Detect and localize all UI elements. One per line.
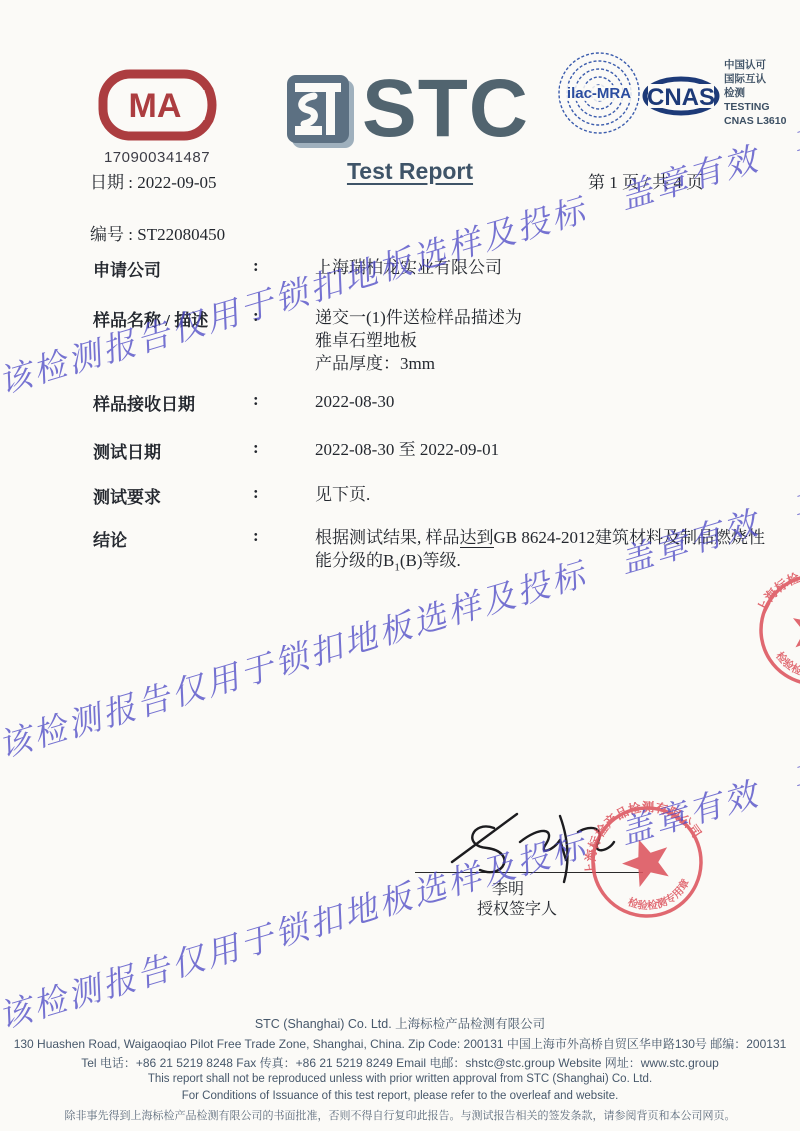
field-colon: :	[253, 438, 259, 458]
field-value: 上海瑞柏龙实业有限公司	[315, 256, 502, 279]
accreditation-line: 检测	[724, 86, 786, 100]
date-value: 2022-09-05	[137, 173, 216, 192]
field-value: 2022-08-30	[315, 390, 394, 413]
field-colon: :	[253, 483, 259, 503]
conclusion-part: 能分级的B	[315, 551, 394, 570]
accreditation-line: 中国认可	[724, 58, 786, 72]
footer-company-line: STC (Shanghai) Co. Ltd. 上海标检产品检测有限公司	[0, 1014, 800, 1032]
sample-description-line: 递交一(1)件送检样品描述为	[315, 306, 522, 329]
field-value: 见下页.	[315, 483, 370, 506]
footer-address-line: 130 Huashen Road, Waigaoqiao Pilot Free …	[0, 1035, 800, 1052]
field-label: 申请公司	[93, 256, 161, 281]
ilac-mra-label: ilac-MRA	[567, 85, 631, 102]
cma-certificate-number: 170900341487	[92, 149, 222, 166]
field-colon: :	[253, 306, 259, 326]
stc-logo-block: STC	[284, 72, 529, 152]
footer-disclaimer-zh: 除非事先得到上海标检产品检测有限公司的书面批准，否则不得自行复印此报告。与测试报…	[0, 1107, 800, 1123]
conclusion-line2: 能分级的B1(B)等级.	[315, 549, 765, 579]
footer-disclaimer-en-2: For Conditions of Issuance of this test …	[0, 1090, 800, 1102]
seal-star-icon	[787, 602, 800, 656]
watermark-band-2: 该检测报告仅用于锁扣地板选样及投标 盖章有效 再次复印无效	[0, 425, 800, 767]
conclusion-line1: 根据测试结果, 样品达到GB 8624-2012建筑材料及制品燃烧性	[315, 526, 765, 549]
field-colon: :	[253, 256, 259, 276]
report-number-label: 编号	[90, 225, 124, 244]
field-label: 测试要求	[93, 483, 161, 508]
conclusion-underlined: 达到	[460, 528, 494, 548]
seal-star-icon	[616, 831, 676, 890]
stc-emblem-icon	[284, 72, 356, 152]
sample-description-line: 雅卓石塑地板	[315, 329, 522, 352]
report-title: Test Report	[300, 158, 520, 185]
date-row: 日期 : 2022-09-05	[90, 168, 217, 193]
page-number: 第 1 页 / 共 4 页	[588, 168, 703, 193]
signatory-title: 授权签字人	[477, 896, 557, 919]
company-seal-stamp-partial: 上海标检产品检测有限公司 检验检测专用章	[745, 560, 800, 700]
field-label: 样品名称 / 描述	[93, 306, 208, 331]
report-number-value: ST22080450	[137, 225, 225, 244]
accreditation-text: 中国认可 国际互认 检测 TESTING CNAS L3610	[724, 58, 786, 128]
report-number-separator: :	[128, 225, 133, 244]
date-separator: :	[128, 173, 133, 192]
field-label: 结论	[93, 526, 127, 551]
cnas-label: CNAS	[647, 84, 715, 111]
conclusion-part: 根据测试结果, 样品	[315, 528, 460, 547]
field-label: 样品接收日期	[93, 390, 195, 415]
cma-logo-block: MA 170900341487	[92, 68, 222, 166]
cnas-icon: CNAS	[642, 70, 720, 122]
cma-letters: MA	[129, 87, 182, 125]
field-value: 递交一(1)件送检样品描述为 雅卓石塑地板 产品厚度：3mm	[315, 306, 522, 375]
field-colon: :	[253, 390, 259, 410]
sample-description-line: 产品厚度：3mm	[315, 352, 522, 375]
accreditation-line: TESTING	[724, 100, 786, 114]
accreditation-line: 国际互认	[724, 72, 786, 86]
date-label: 日期	[90, 173, 124, 192]
cma-icon: MA	[97, 68, 217, 142]
ilac-mra-icon: ilac-MRA	[556, 50, 642, 136]
conclusion-text: 根据测试结果, 样品达到GB 8624-2012建筑材料及制品燃烧性 能分级的B…	[315, 526, 765, 579]
accreditation-line: CNAS L3610	[724, 114, 786, 128]
footer-disclaimer-en-1: This report shall not be reproduced unle…	[0, 1073, 800, 1085]
conclusion-part: (B)等级.	[400, 551, 461, 570]
company-seal-stamp: 上海标检产品检测有限公司 检验检测专用章	[577, 792, 717, 932]
footer-contact-line: Tel 电话：+86 21 5219 8248 Fax 传真：+86 21 52…	[0, 1054, 800, 1071]
field-colon: :	[253, 526, 259, 546]
field-value: 2022-08-30 至 2022-09-01	[315, 438, 499, 461]
conclusion-part: GB 8624-2012建筑材料及制品燃烧性	[494, 528, 766, 547]
field-label: 测试日期	[93, 438, 161, 463]
stc-wordmark: STC	[362, 72, 529, 146]
test-report-page: MA 170900341487 STC Test Report ilac-MRA…	[0, 0, 800, 1131]
report-number-row: 编号 : ST22080450	[90, 220, 225, 245]
